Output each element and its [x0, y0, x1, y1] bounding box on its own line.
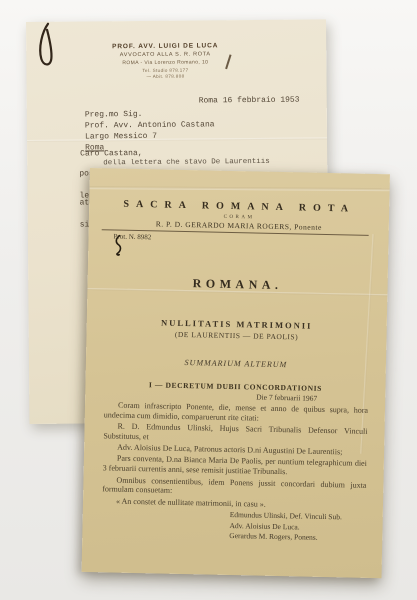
signature-line: Gerardus M. Rogers, Ponens. [229, 531, 365, 544]
recipient-line: Prof. Avv. Antonino Castana [85, 119, 215, 131]
decree-body: Coram infrascripto Ponente, die, mense e… [101, 400, 368, 544]
signature-block: Edmundus Ulinski, Def. Vinculi Sub. Adv.… [229, 510, 366, 544]
decree-crease [90, 186, 390, 191]
recipient-block: Preg.mo Sig. Prof. Avv. Antonino Castana… [85, 108, 215, 153]
letter-date: Roma 16 febbraio 1953 [199, 96, 300, 106]
letterhead-phone-2: — Abit. 878.808 [26, 73, 304, 80]
pen-squiggle-mark-icon [112, 234, 124, 256]
letterhead-title: AVVOCATO ALLA S. R. ROTA [26, 51, 304, 59]
letter-body-clipped-line: della lettera che stavo De Laurentiis [103, 157, 339, 168]
case-title: ROMANA. [87, 274, 387, 295]
photo-background: PROF. AVV. LUIGI DE LUCA AVVOCATO ALLA S… [0, 0, 417, 600]
letterhead: PROF. AVV. LUIGI DE LUCA AVVOCATO ALLA S… [26, 42, 304, 80]
letterhead-name: PROF. AVV. LUIGI DE LUCA [26, 42, 304, 51]
salutation: Caro Castana, [80, 149, 142, 159]
decree-paper: SACRA ROMANA ROTA CORAM R. P. D. GERARDO… [82, 168, 390, 578]
summarium-label: SUMMARIUM ALTERUM [86, 356, 386, 371]
